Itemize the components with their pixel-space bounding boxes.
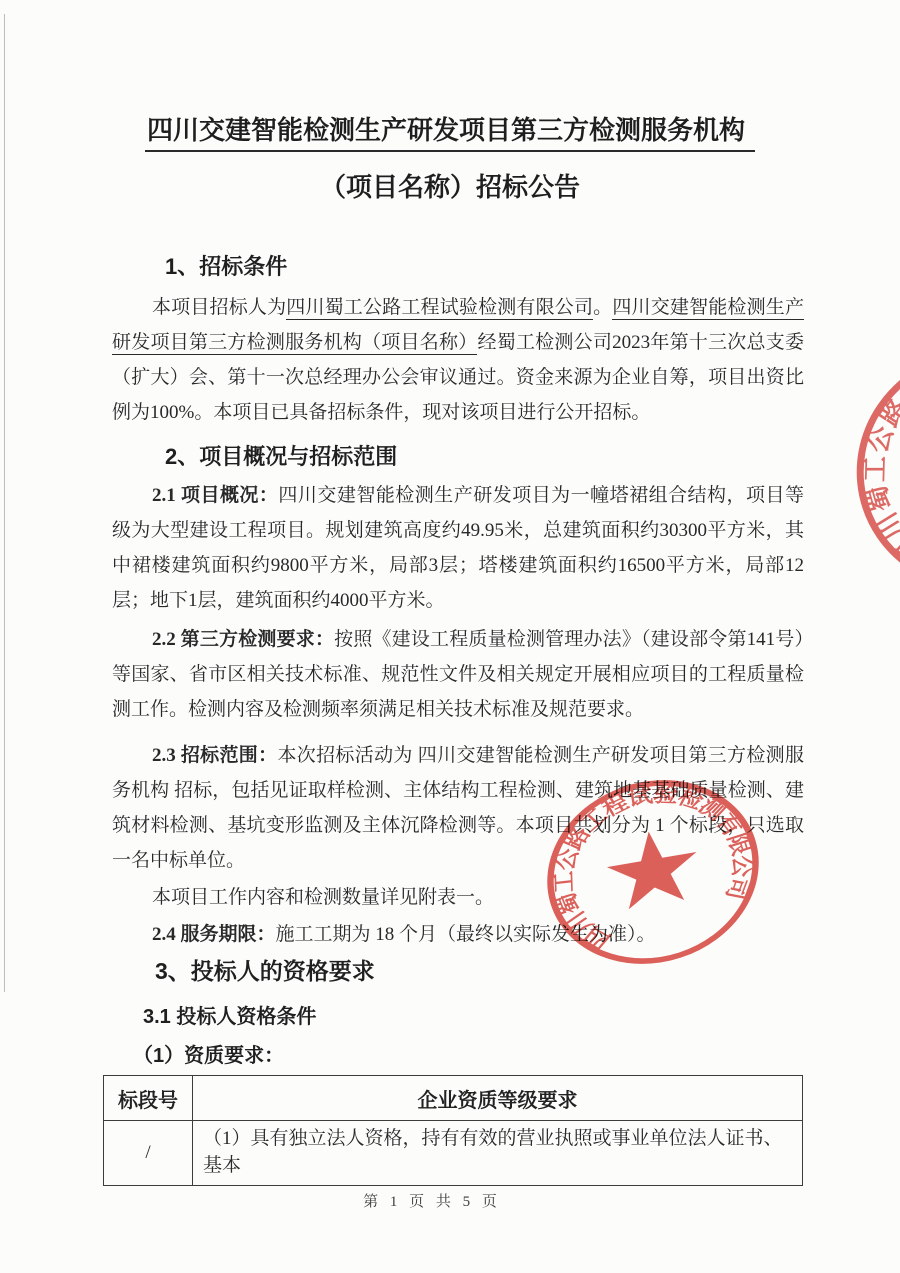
section-3-1-heading: 3.1 投标人资格条件 (143, 1000, 316, 1029)
partial-seal-ring (842, 330, 900, 610)
lot-number-cell: / (104, 1121, 193, 1186)
partial-seal-company-text: 四川蜀工公路工程试验检测有限公司 (842, 330, 900, 575)
partial-seal: 四川蜀工公路工程试验检测有限公司 (842, 330, 900, 610)
section-3-heading: 3、投标人的资格要求 (155, 953, 375, 986)
table-row: / （1）具有独立法人资格，持有有效的营业执照或事业单位法人证书、基本 (104, 1121, 803, 1186)
requirement-cell: （1）具有独立法人资格，持有有效的营业执照或事业单位法人证书、基本 (193, 1121, 803, 1186)
document-title-line2: （项目名称）招标公告 (0, 167, 900, 204)
p24-body: 施工工期为 18 个月（最终以实际发生为准）。 (276, 924, 656, 945)
paragraph-inspection-requirements: 2.2 第三方检测要求：按照《建设工程质量检测管理办法》（建设部令第141号）等… (112, 622, 804, 727)
section-1-heading: 1、招标条件 (165, 250, 287, 281)
svg-text:四川蜀工公路工程试验检测有限公司: 四川蜀工公路工程试验检测有限公司 (842, 330, 900, 575)
scan-edge-line (4, 14, 5, 992)
qualification-table: 标段号 企业资质等级要求 / （1）具有独立法人资格，持有有效的营业执照或事业单… (103, 1075, 803, 1186)
table-header-requirement: 企业资质等级要求 (193, 1076, 803, 1121)
p24-lead: 2.4 服务期限： (152, 924, 276, 945)
p1-text-1: 本项目招标人为 (152, 297, 286, 318)
document-page: 四川交建智能检测生产研发项目第三方检测服务机构 （项目名称）招标公告 1、招标条… (0, 0, 900, 1273)
paragraph-attachment-note: 本项目工作内容和检测数量详见附表一。 (112, 880, 804, 915)
p21-lead: 2.1 项目概况： (152, 485, 278, 506)
document-title-text: 四川交建智能检测生产研发项目第三方检测服务机构 (145, 116, 755, 152)
p23-lead: 2.3 招标范围： (152, 745, 277, 766)
section-2-heading: 2、项目概况与招标范围 (165, 440, 397, 471)
p1-underlined-company: 四川蜀工公路工程试验检测有限公司 (286, 297, 593, 320)
table-header-lot: 标段号 (104, 1076, 193, 1121)
table-header-row: 标段号 企业资质等级要求 (104, 1076, 803, 1121)
paragraph-service-period: 2.4 服务期限：施工工期为 18 个月（最终以实际发生为准）。 (112, 917, 804, 952)
page-number-footer: 第 1 页 共 5 页 (0, 1190, 864, 1211)
p22-lead: 2.2 第三方检测要求： (152, 629, 334, 650)
document-title-line1: 四川交建智能检测生产研发项目第三方检测服务机构 (0, 110, 900, 147)
paragraph-project-overview: 2.1 项目概况：四川交建智能检测生产研发项目为一幢塔裙组合结构，项目等级为大型… (112, 478, 804, 618)
paragraph-bid-scope: 2.3 招标范围：本次招标活动为 四川交建智能检测生产研发项目第三方检测服务机构… (112, 738, 804, 878)
p1-text-2: 。 (593, 297, 612, 318)
paragraph-bidder-info: 本项目招标人为四川蜀工公路工程试验检测有限公司。四川交建智能检测生产研发项目第三… (112, 290, 804, 430)
qualification-requirement-heading: （1）资质要求： (133, 1039, 284, 1068)
